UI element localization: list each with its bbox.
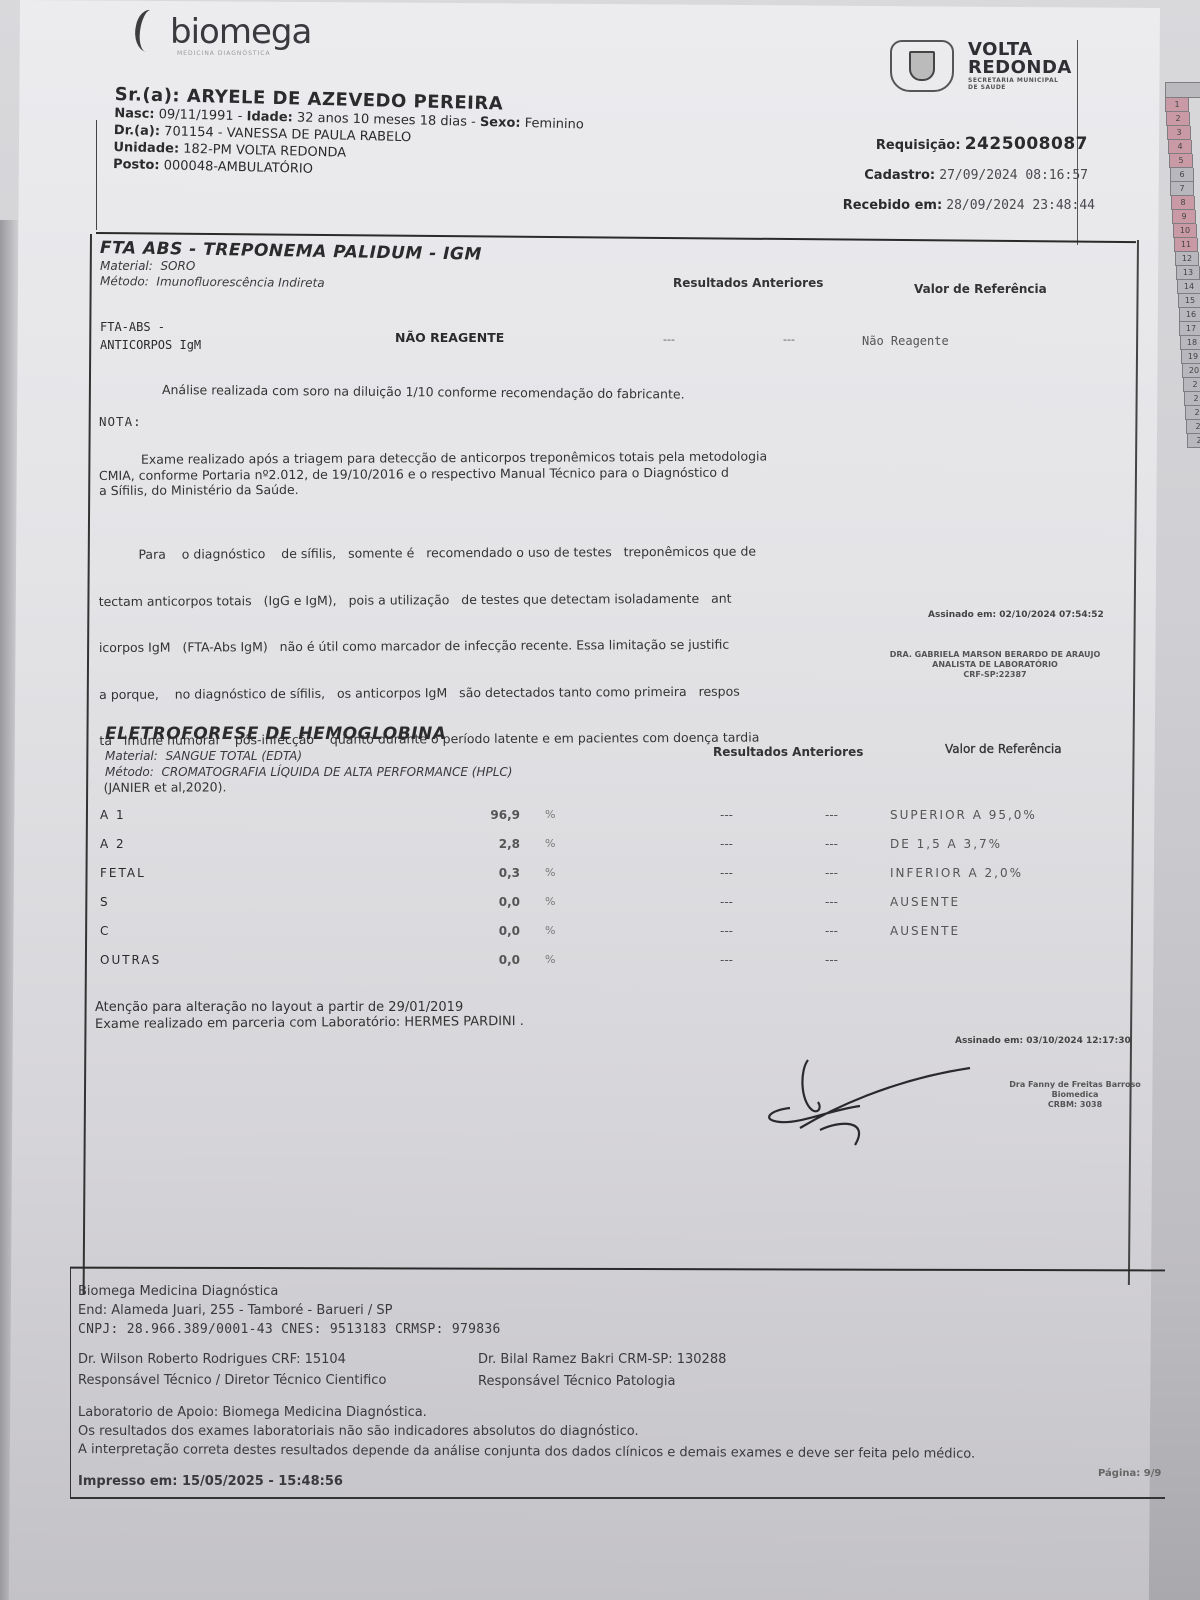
footer-disclaimer-1: Os resultados dos exames laboratoriais n… [78,1424,639,1439]
spreadsheet-row-number: 5 [1169,154,1193,168]
footer-resp2-name: Dr. Bilal Ramez Bakri CRM-SP: 130288 [478,1352,726,1367]
row-previous-2: --- [825,837,838,851]
spreadsheet-row-number: 20 [1182,364,1200,378]
table-row: A 196,9%------SUPERIOR A 95,0% [100,808,1080,828]
layout-notice: Atenção para alteração no layout a parti… [95,1000,463,1015]
exam2-material: Material: SANGUE TOTAL (EDTA) [105,748,302,764]
divider [96,120,97,230]
row-label: FETAL [100,866,146,880]
exam1-reference: Não Reagente [862,334,949,348]
row-reference: DE 1,5 A 3,7% [890,837,1002,851]
exam2-col-previous: Resultados Anteriores [713,745,863,759]
exam1-prev2: --- [783,333,795,346]
exam1-signed-at: Assinado em: 02/10/2024 07:54:52 [928,610,1104,620]
table-row: FETAL0,3%------INFERIOR A 2,0% [100,866,1080,886]
row-previous-1: --- [720,837,733,851]
spreadsheet-row-number: 1 [1165,98,1189,112]
footer-page-number: Página: 9/9 [1098,1468,1161,1479]
biomega-tagline: MEDICINA DIAGNÓSTICA [177,50,271,57]
spreadsheet-row-number: 2 [1166,112,1190,126]
spreadsheet-row-number: 14 [1177,280,1200,294]
row-previous-2: --- [825,924,838,938]
exam1-material: Material: SORO [100,258,195,274]
spreadsheet-row-number: 7 [1170,182,1194,196]
spreadsheet-row-number: 16 [1179,308,1200,322]
footer-printed: Impresso em: 15/05/2025 - 15:48:56 [78,1474,343,1489]
footer-frame [70,1268,71,1498]
registered-date: Cadastro: 27/09/2024 08:16:57 [864,168,1088,183]
footer-address: End: Alameda Juari, 255 - Tamboré - Baru… [78,1303,393,1318]
table-row: S0,0%------AUSENTE [100,895,1080,915]
background-spreadsheet: 123456789101112131415161718192022222 [1165,82,1200,448]
footer-ids: CNPJ: 28.966.389/0001-43 CNES: 9513183 C… [78,1322,501,1337]
exam2-title: ELETROFORESE DE HEMOGLOBINA [105,724,446,744]
vr-line2: REDONDA [968,59,1072,77]
table-row: OUTRAS0,0%------ [100,953,1080,973]
spreadsheet-row-number: 2 [1184,392,1200,406]
footer-frame [70,1497,1165,1499]
exam1-signer: DRA. GABRIELA MARSON BERARDO DE ARAUJO A… [860,650,1130,680]
table-row: A 22,8%------DE 1,5 A 3,7% [100,837,1080,857]
spreadsheet-row-number: 6 [1170,168,1194,182]
exam1-col-previous: Resultados Anteriores [673,276,823,290]
spreadsheet-row-number: 8 [1171,196,1195,210]
row-previous-1: --- [720,808,733,822]
nota-paragraph-1: Exame realizado após a triagem para dete… [99,449,767,499]
row-previous-2: --- [825,866,838,880]
partner-notice: Exame realizado em parceria com Laborató… [95,1014,524,1032]
spreadsheet-row-number: 3 [1167,126,1191,140]
row-previous-1: --- [720,924,733,938]
row-unit: % [545,924,555,937]
row-unit: % [545,895,555,908]
row-reference: SUPERIOR A 95,0% [890,808,1037,822]
requisition: Requisição: 2425008087 [876,134,1088,154]
row-value: 0,0 [499,924,520,938]
row-previous-1: --- [720,895,733,909]
spreadsheet-row-number: 2 [1186,420,1200,434]
spreadsheet-row-number: 19 [1181,350,1200,364]
volta-redonda-logo: VOLTA REDONDA SECRETARIA MUNICIPAL DE SA… [890,40,1072,92]
vr-sub1: SECRETARIA MUNICIPAL [968,77,1072,84]
row-value: 0,0 [499,953,520,967]
row-unit: % [545,808,555,821]
handwritten-signature [760,1050,980,1160]
row-label: OUTRAS [100,953,161,967]
row-reference: INFERIOR A 2,0% [890,866,1023,880]
row-previous-2: --- [825,895,838,909]
row-reference: AUSENTE [890,924,960,938]
exam2-signer: Dra Fanny de Freitas Barroso Biomedica C… [985,1080,1165,1110]
footer-resp2-role: Responsável Técnico Patologia [478,1374,675,1389]
spreadsheet-row-number: 12 [1175,252,1199,266]
row-value: 96,9 [490,808,520,822]
biomega-wordmark: biomega [170,12,311,52]
spreadsheet-row-number: 9 [1172,210,1196,224]
row-label: A 1 [100,808,126,822]
row-value: 0,0 [499,895,520,909]
footer-resp1-name: Dr. Wilson Roberto Rodrigues CRF: 15104 [78,1352,346,1367]
exam1-result: NÃO REAGENTE [395,330,504,345]
exam1-method: Método: Imunofluorescência Indireta [100,273,325,291]
spreadsheet-row-number: 18 [1180,336,1200,350]
city-crest-icon [890,40,954,92]
footer-resp1-role: Responsável Técnico / Diretor Técnico Ci… [78,1373,386,1388]
row-value: 0,3 [499,866,520,880]
spreadsheet-row-number: 13 [1176,266,1200,280]
row-unit: % [545,866,555,879]
exam1-col-reference: Valor de Referência [914,282,1047,296]
row-previous-1: --- [720,866,733,880]
table-row: C0,0%------AUSENTE [100,924,1080,944]
spreadsheet-row-number: 15 [1178,294,1200,308]
spreadsheet-row-number: 4 [1168,140,1192,154]
row-previous-1: --- [720,953,733,967]
spreadsheet-row-number: 2 [1185,406,1200,420]
row-label: S [100,895,110,909]
spreadsheet-row-number: 10 [1173,224,1197,238]
spreadsheet-row-number: 11 [1174,238,1198,252]
vr-sub2: DE SAUDE [968,84,1072,91]
exam2-signed-at: Assinado em: 03/10/2024 12:17:30 [955,1036,1131,1046]
patient-info: Sr.(a): ARYELE DE AZEVEDO PEREIRA Nasc: … [113,84,585,184]
row-value: 2,8 [499,837,520,851]
biomega-swoosh-icon [131,8,166,55]
exam2-col-reference: Valor de Referência [945,742,1062,756]
exam2-method: Método: CROMATOGRAFIA LÍQUIDA DE ALTA PE… [105,764,512,780]
nota-label: NOTA: [99,414,142,430]
spreadsheet-row-number: 17 [1179,322,1200,336]
row-unit: % [545,953,555,966]
row-previous-2: --- [825,953,838,967]
spreadsheet-header [1165,82,1200,98]
row-unit: % [545,837,555,850]
footer-company: Biomega Medicina Diagnóstica [78,1284,278,1299]
biomega-logo: biomega MEDICINA DIAGNÓSTICA [135,10,311,52]
footer-support-lab: Laboratorio de Apoio: Biomega Medicina D… [78,1405,427,1420]
spreadsheet-row-number: 2 [1183,378,1200,392]
row-previous-2: --- [825,808,838,822]
row-reference: AUSENTE [890,895,960,909]
exam1-analyte: FTA-ABS - ANTICORPOS IgM [100,318,201,354]
row-label: C [100,924,110,938]
received-date: Recebido em: 28/09/2024 23:48:44 [843,198,1095,213]
spreadsheet-row-number: 2 [1187,434,1200,448]
row-label: A 2 [100,837,126,851]
exam1-prev1: --- [663,333,675,346]
